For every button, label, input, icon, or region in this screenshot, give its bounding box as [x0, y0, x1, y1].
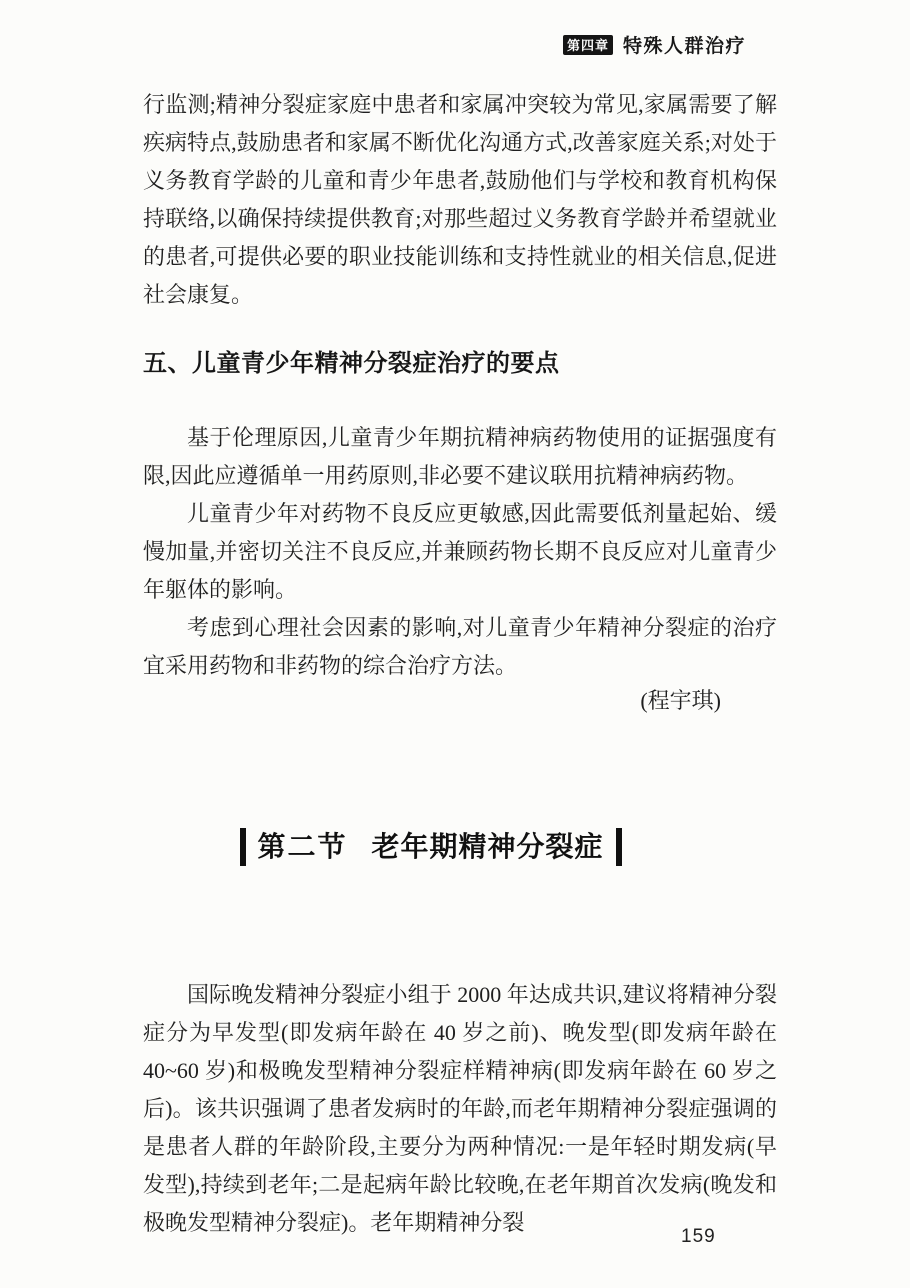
- author-attribution: (程宇琪): [143, 684, 777, 715]
- title-bar-left: [240, 828, 246, 866]
- chapter-title: 特殊人群治疗: [623, 31, 746, 58]
- section-2-name: 老年期精神分裂症: [372, 828, 604, 866]
- body-paragraph-2: 基于伦理原因,儿童青少年期抗精神病药物使用的证据强度有限,因此应遵循单一用药原则…: [143, 419, 777, 495]
- page-header: 第四章 特殊人群治疗: [563, 31, 746, 58]
- section-2-label: 第二节: [257, 828, 347, 866]
- body-paragraph-1: 行监测;精神分裂症家庭中患者和家属冲突较为常见,家属需要了解疾病特点,鼓励患者和…: [143, 86, 777, 314]
- paragraph-block: 基于伦理原因,儿童青少年期抗精神病药物使用的证据强度有限,因此应遵循单一用药原则…: [143, 419, 777, 685]
- body-paragraph-4: 考虑到心理社会因素的影响,对儿童青少年精神分裂症的治疗宜采用药物和非药物的综合治…: [143, 609, 777, 685]
- book-page: 第四章 特殊人群治疗 行监测;精神分裂症家庭中患者和家属冲突较为常见,家属需要了…: [0, 0, 910, 1288]
- body-paragraph-3: 儿童青少年对药物不良反应更敏感,因此需要低剂量起始、缓慢加量,并密切关注不良反应…: [143, 495, 777, 609]
- title-bar-right: [616, 828, 622, 866]
- chapter-badge: 第四章: [563, 35, 613, 55]
- section-2-title-row: 第二节 老年期精神分裂症: [114, 828, 748, 866]
- page-number: 159: [681, 1226, 716, 1248]
- body-paragraph-5: 国际晚发精神分裂症小组于 2000 年达成共识,建议将精神分裂症分为早发型(即发…: [143, 976, 777, 1242]
- section-heading-5: 五、儿童青少年精神分裂症治疗的要点: [143, 343, 560, 378]
